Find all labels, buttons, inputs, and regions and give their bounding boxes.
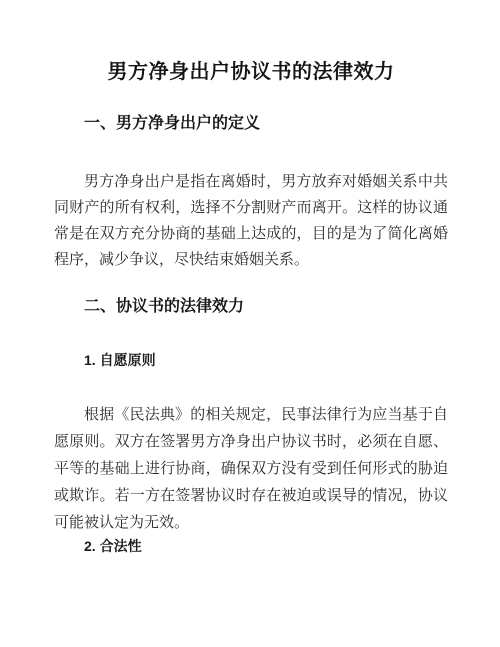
section-1-paragraph: 男方净身出户是指在离婚时，男方放弃对婚姻关系中共同财产的所有权利，选择不分割财产… bbox=[54, 169, 448, 273]
section-1-heading: 一、男方净身出户的定义 bbox=[54, 114, 448, 134]
subsection-1-paragraph: 根据《民法典》的相关规定，民事法律行为应当基于自愿原则。双方在签署男方净身出户协… bbox=[54, 402, 448, 537]
section-2-heading: 二、协议书的法律效力 bbox=[54, 297, 448, 317]
subsection-1-heading: 1. 自愿原则 bbox=[54, 351, 448, 369]
document-page: 男方净身出户协议书的法律效力 一、男方净身出户的定义 男方净身出户是指在离婚时，… bbox=[0, 0, 500, 647]
page-title: 男方净身出户协议书的法律效力 bbox=[54, 60, 448, 84]
subsection-2-heading: 2. 合法性 bbox=[54, 537, 448, 555]
